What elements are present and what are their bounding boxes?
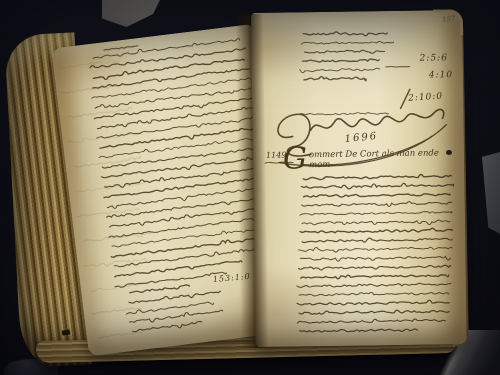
background-grey-patch xyxy=(102,0,160,27)
background-grey-object xyxy=(482,152,500,234)
amount-entry-2: 4:10 xyxy=(429,71,453,80)
ink-speck xyxy=(446,150,452,155)
photo-of-open-manuscript-book: 153:1:0 157 2:5:6 4:10 2:10:0 1696 1149 … xyxy=(0,0,500,375)
footer-script xyxy=(124,281,224,334)
right-manuscript-page: 157 2:5:6 4:10 2:10:0 1696 1149 Gommert … xyxy=(251,10,467,347)
act-first-words: ommert De Cort als man ende mom- xyxy=(309,148,461,170)
attestation-script xyxy=(300,112,388,115)
header-script xyxy=(104,45,138,50)
account-script xyxy=(299,31,410,82)
ornate-initial: G xyxy=(283,148,307,170)
act-opening-line: Gommert De Cort als man ende mom- xyxy=(283,148,461,170)
act-body-script xyxy=(295,174,455,333)
amount-entry-1: 2:5:6 xyxy=(420,54,448,63)
book-gutter-shadow xyxy=(235,14,269,348)
page-number: 157 xyxy=(441,16,455,24)
